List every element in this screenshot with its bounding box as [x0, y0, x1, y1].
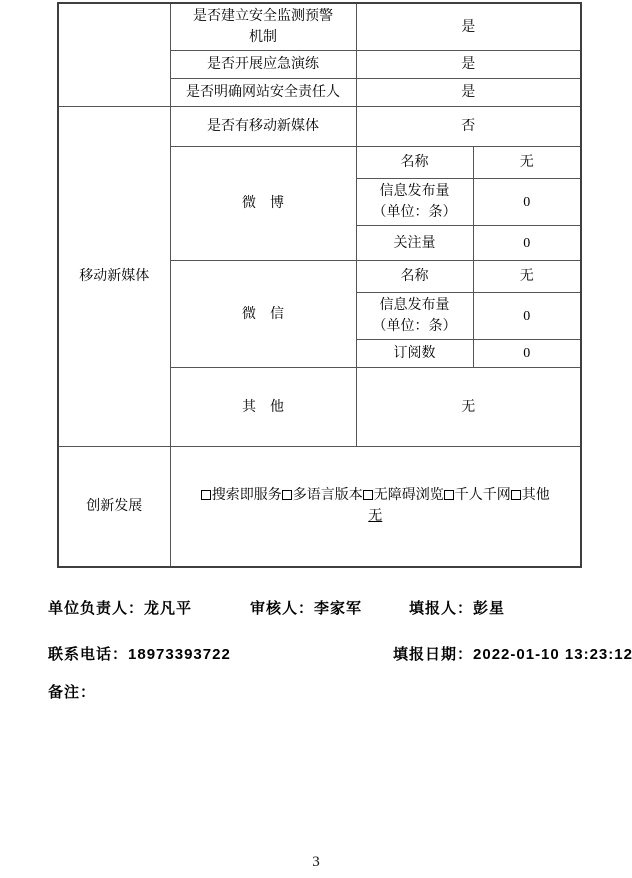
- security-question-cell: 是否建立安全监测预警 机制: [170, 3, 356, 51]
- checkbox-icon-multilingual: [282, 490, 292, 500]
- checkbox-icon-accessibility: [363, 490, 373, 500]
- report-page: 是否建立安全监测预警 机制 是 是否开展应急演练 是 是否明确网站安全责任人 是…: [0, 0, 632, 878]
- filler-name: 彭星: [473, 600, 505, 617]
- remarks-field: 备注：: [48, 683, 96, 703]
- innovation-option-label: 千人千网: [455, 488, 511, 503]
- unit-head-field: 单位负责人：龙凡平: [48, 599, 192, 619]
- phone-field: 联系电话：18973393722: [48, 645, 231, 665]
- phone-number: 18973393722: [128, 646, 231, 663]
- weibo-followers-value-cell: 0: [473, 226, 581, 261]
- page-number: 3: [0, 854, 632, 871]
- security-question-line2: 机制: [176, 27, 351, 48]
- has-mobile-media-question-cell: 是否有移动新媒体: [170, 107, 356, 147]
- phone-label: 联系电话：: [48, 646, 128, 663]
- wechat-label-cell: 微 信: [170, 261, 356, 368]
- section-label-cell-mobile-media: 移动新媒体: [58, 107, 170, 447]
- innovation-option: 多语言版本: [282, 488, 363, 503]
- innovation-options-line: 搜索即服务多语言版本无障碍浏览千人千网其他: [176, 485, 576, 506]
- innovation-content-cell: 搜索即服务多语言版本无障碍浏览千人千网其他 无: [170, 447, 581, 567]
- wechat-subscribers-label-cell: 订阅数: [356, 340, 473, 368]
- weibo-name-label-cell: 名称: [356, 147, 473, 179]
- innovation-option: 千人千网: [444, 488, 511, 503]
- reviewer-field: 审核人：李家军: [250, 599, 362, 619]
- weibo-posts-label-line2: （单位：条）: [362, 202, 468, 223]
- security-answer-cell: 是: [356, 3, 581, 51]
- security-question-cell: 是否开展应急演练: [170, 51, 356, 79]
- innovation-option-label: 搜索即服务: [212, 488, 282, 503]
- innovation-option: 其他: [511, 488, 550, 503]
- table-row: 是否建立安全监测预警 机制 是: [58, 3, 581, 51]
- checkbox-icon-personalized: [444, 490, 454, 500]
- wechat-posts-label-line2: （单位：条）: [362, 316, 468, 337]
- reviewer-label: 审核人：: [250, 600, 314, 617]
- weibo-label-cell: 微 博: [170, 147, 356, 261]
- innovation-option-label: 多语言版本: [293, 488, 363, 503]
- weibo-posts-label-cell: 信息发布量 （单位：条）: [356, 179, 473, 226]
- security-section-cell-empty: [58, 3, 170, 107]
- other-media-value-cell: 无: [356, 368, 581, 447]
- remarks-label: 备注：: [48, 684, 96, 701]
- security-question-cell: 是否明确网站安全责任人: [170, 79, 356, 107]
- innovation-option: 搜索即服务: [201, 488, 282, 503]
- report-date-label: 填报日期：: [393, 646, 473, 663]
- innovation-option-label: 无障碍浏览: [374, 488, 444, 503]
- wechat-posts-label-line1: 信息发布量: [362, 295, 468, 316]
- table-row: 创新发展 搜索即服务多语言版本无障碍浏览千人千网其他 无: [58, 447, 581, 567]
- wechat-subscribers-value-cell: 0: [473, 340, 581, 368]
- weibo-posts-label-line1: 信息发布量: [362, 181, 468, 202]
- checkbox-icon-search-service: [201, 490, 211, 500]
- weibo-posts-value-cell: 0: [473, 179, 581, 226]
- table-row: 移动新媒体 是否有移动新媒体 否: [58, 107, 581, 147]
- report-date-value: 2022-01-10 13:23:12: [473, 646, 632, 663]
- security-answer-cell: 是: [356, 51, 581, 79]
- unit-head-name: 龙凡平: [144, 600, 192, 617]
- innovation-value: 无: [176, 506, 576, 527]
- reviewer-name: 李家军: [314, 600, 362, 617]
- innovation-option: 无障碍浏览: [363, 488, 444, 503]
- security-answer-cell: 是: [356, 79, 581, 107]
- filler-field: 填报人：彭星: [409, 599, 505, 619]
- section-label-cell-innovation: 创新发展: [58, 447, 170, 567]
- wechat-name-value-cell: 无: [473, 261, 581, 293]
- wechat-posts-value-cell: 0: [473, 293, 581, 340]
- weibo-followers-label-cell: 关注量: [356, 226, 473, 261]
- unit-head-label: 单位负责人：: [48, 600, 144, 617]
- security-question-line1: 是否建立安全监测预警: [176, 6, 351, 27]
- weibo-name-value-cell: 无: [473, 147, 581, 179]
- has-mobile-media-answer-cell: 否: [356, 107, 581, 147]
- checkbox-icon-other: [511, 490, 521, 500]
- other-media-label-cell: 其 他: [170, 368, 356, 447]
- wechat-name-label-cell: 名称: [356, 261, 473, 293]
- innovation-option-label: 其他: [522, 488, 550, 503]
- filler-label: 填报人：: [409, 600, 473, 617]
- wechat-posts-label-cell: 信息发布量 （单位：条）: [356, 293, 473, 340]
- report-date-field: 填报日期：2022-01-10 13:23:12: [393, 645, 632, 665]
- report-table: 是否建立安全监测预警 机制 是 是否开展应急演练 是 是否明确网站安全责任人 是…: [57, 2, 582, 568]
